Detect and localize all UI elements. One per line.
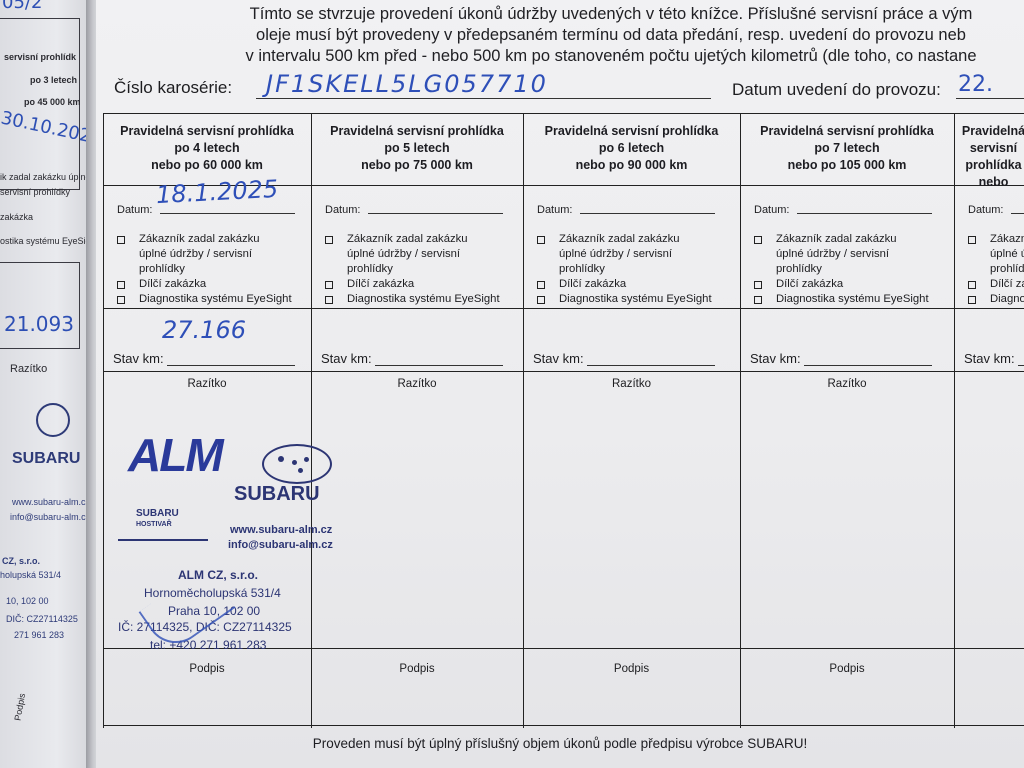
option-label: Dílčí zakázka: [990, 278, 1024, 290]
column-km-limit: nebo po 75 000 km: [311, 157, 523, 174]
checkbox-icon[interactable]: [537, 236, 545, 244]
option-label: Diagnostika systému EyeSight: [139, 293, 292, 305]
column-header: Pravidelná servisní prohlídka po 6 letec…: [523, 123, 740, 174]
checkbox-icon[interactable]: [537, 296, 545, 304]
service-column-2: Pravidelná servisní prohlídka po 5 letec…: [311, 113, 523, 728]
footer-note: Proveden musí být úplný příslušný objem …: [96, 736, 1024, 751]
checkbox-icon[interactable]: [754, 236, 762, 244]
option-partial-order[interactable]: Dílčí zakázka: [117, 277, 292, 292]
checkbox-icon[interactable]: [754, 281, 762, 289]
column-interval: po 6 letech: [523, 140, 740, 157]
left-page-signature-label: Podpis: [12, 693, 27, 722]
stamp-label: Razítko: [740, 378, 954, 390]
option-full-service[interactable]: Zákazník zadal zakázku úplné údržby / se…: [117, 232, 292, 277]
stamp-label: Razítko: [103, 378, 311, 390]
date-label: Datum:: [117, 204, 152, 216]
option-eyesight-diagnostics[interactable]: Diagnostika systému EyeSight: [968, 292, 1024, 307]
column-interval: po 7 letech: [740, 140, 954, 157]
options-list: Zákazník zadal zakázku úplné údržby / se…: [325, 232, 500, 307]
odometer-label: Stav km:: [113, 351, 164, 366]
column-header: Pravidelná servisní prohlídka po 4 letec…: [103, 123, 311, 174]
date-field[interactable]: [160, 213, 295, 214]
odometer-label: Stav km:: [750, 351, 801, 366]
stamp-email: info@subaru-alm.cz: [228, 539, 333, 551]
options-list: Zákazník zadal zakázku úplné údržby / se…: [968, 232, 1024, 307]
column-title: Pravidelná servisní prohlídka: [740, 123, 954, 140]
previous-page: 05/2 servisní prohlídk po 3 letech po 45…: [0, 0, 95, 768]
checkbox-icon[interactable]: [325, 296, 333, 304]
options-list: Zákazník zadal zakázku úplné údržby / se…: [537, 232, 712, 307]
signature-label: Podpis: [523, 663, 740, 675]
date-label: Datum:: [537, 204, 572, 216]
checkbox-icon[interactable]: [968, 236, 976, 244]
column-title: Pravidelná servisní prohlídka: [523, 123, 740, 140]
service-record-page: Tímto se stvrzuje provedení úkonů údržby…: [96, 0, 1024, 768]
option-label: Diagnostika systému EyeSight: [990, 293, 1024, 305]
option-label: Diagnostika systému EyeSight: [776, 293, 929, 305]
option-label: Zákazník zadal zakázku úplné údržby / se…: [347, 232, 497, 277]
column-interval: po 4 letech: [103, 140, 311, 157]
service-column-5: Pravidelná servisní prohlídka nebo Datum…: [954, 113, 1024, 728]
left-page-company: 271 961 283: [14, 630, 64, 640]
option-label: Zákazník zadal zakázku úplné údržby / se…: [776, 232, 926, 277]
option-full-service[interactable]: Zákazník zadal zakázku úplné údržby / se…: [968, 232, 1024, 277]
date-field[interactable]: [368, 213, 503, 214]
left-page-subaru-logo: SUBARU: [12, 450, 80, 468]
option-label: Dílčí zakázka: [347, 278, 414, 290]
option-label: Zákazník zadal zakázku úplné údržby / se…: [990, 232, 1024, 277]
date-in-service-label: Datum uvedení do provozu:: [732, 80, 941, 100]
odometer-label: Stav km:: [533, 351, 584, 366]
option-label: Zákazník zadal zakázku úplné údržby / se…: [139, 232, 289, 277]
left-page-header-line: po 45 000 km: [24, 97, 81, 107]
option-label: Dílčí zakázka: [139, 278, 206, 290]
checkbox-icon[interactable]: [117, 296, 125, 304]
left-page-company: 10, 102 00: [6, 596, 49, 606]
option-partial-order[interactable]: Dílčí zakázka: [754, 277, 929, 292]
left-page-handwritten-top: 05/2: [2, 0, 42, 13]
intro-line: v intervalu 500 km před - nebo 500 km po…: [196, 46, 1024, 67]
vin-handwritten[interactable]: JF1SKELL5LG057710: [266, 70, 548, 98]
option-label: Dílčí zakázka: [559, 278, 626, 290]
alm-logo: ALM: [128, 428, 222, 482]
option-full-service[interactable]: Zákazník zadal zakázku úplné údržby / se…: [325, 232, 500, 277]
option-label: Zákazník zadal zakázku úplné údržby / se…: [559, 232, 709, 277]
column-title: Pravidelná servisní prohlídka: [103, 123, 311, 140]
odometer-label: Stav km:: [964, 351, 1015, 366]
signature-label: Podpis: [103, 663, 311, 675]
column-header: Pravidelná servisní prohlídka po 7 letec…: [740, 123, 954, 174]
odometer-field[interactable]: [1018, 365, 1024, 366]
date-field[interactable]: [797, 213, 932, 214]
left-page-header-line: po 3 letech: [30, 75, 77, 85]
odometer-field[interactable]: [587, 365, 715, 366]
column-title: Pravidelná servisní prohlídka: [311, 123, 523, 140]
date-in-service-handwritten[interactable]: 22.: [958, 72, 993, 97]
left-page-option: servisní prohlídky: [0, 187, 70, 197]
stamp-label: Razítko: [523, 378, 740, 390]
checkbox-icon[interactable]: [325, 281, 333, 289]
options-list: Zákazník zadal zakázku úplné údržby / se…: [754, 232, 929, 307]
column-interval: po 5 letech: [311, 140, 523, 157]
column-title: Pravidelná servisní prohlídka: [954, 123, 1024, 174]
option-label: Diagnostika systému EyeSight: [559, 293, 712, 305]
column-km-limit: nebo po 90 000 km: [523, 157, 740, 174]
option-partial-order[interactable]: Dílčí zakázka: [325, 277, 500, 292]
checkbox-icon[interactable]: [537, 281, 545, 289]
column-km-limit: nebo po 60 000 km: [103, 157, 311, 174]
option-eyesight-diagnostics[interactable]: Diagnostika systému EyeSight: [117, 292, 292, 307]
option-eyesight-diagnostics[interactable]: Diagnostika systému EyeSight: [325, 292, 500, 307]
column-km-limit: nebo po 105 000 km: [740, 157, 954, 174]
option-partial-order[interactable]: Dílčí zakázka: [537, 277, 712, 292]
odometer-field[interactable]: [804, 365, 932, 366]
left-page-header-line: servisní prohlídk: [4, 52, 76, 62]
date-label: Datum:: [968, 204, 1003, 216]
alm-subaru-label: SUBARU: [136, 508, 179, 519]
left-page-company: holupská 531/4: [0, 570, 61, 580]
option-full-service[interactable]: Zákazník zadal zakázku úplné údržby / se…: [537, 232, 712, 277]
service-column-3: Pravidelná servisní prohlídka po 6 letec…: [523, 113, 740, 728]
alm-place-label: HOSTIVAŘ: [136, 521, 172, 528]
col1-km-handwritten[interactable]: 27.166: [162, 316, 246, 344]
vin-label: Číslo karosérie:: [114, 78, 232, 98]
checkbox-icon[interactable]: [117, 281, 125, 289]
checkbox-icon[interactable]: [968, 281, 976, 289]
option-label: Dílčí zakázka: [776, 278, 843, 290]
column-header: Pravidelná servisní prohlídka po 5 letec…: [311, 123, 523, 174]
stamp-web: www.subaru-alm.cz: [230, 524, 332, 536]
column-km-limit: nebo: [954, 174, 1024, 191]
date-in-service-underline: [956, 98, 1024, 99]
intro-line: oleje musí být provedeny v předepsaném t…: [196, 25, 1024, 46]
left-page-handwritten-km: 21.093: [4, 312, 74, 336]
left-page-option: ostika systému EyeSight: [0, 236, 95, 246]
left-page-company: CZ, s.r.o.: [2, 556, 40, 566]
odometer-field[interactable]: [375, 365, 503, 366]
option-label: Diagnostika systému EyeSight: [347, 293, 500, 305]
stamp-label: Razítko: [311, 378, 523, 390]
odometer-field[interactable]: [167, 365, 295, 366]
options-list: Zákazník zadal zakázku úplné údržby / se…: [117, 232, 292, 307]
left-page-option: zakázka: [0, 212, 33, 222]
subaru-stars-icon: [262, 444, 332, 484]
subaru-logo-icon: [36, 403, 70, 437]
intro-text: Tímto se stvrzuje provedení úkonů údržby…: [196, 4, 1024, 67]
option-partial-order[interactable]: Dílčí zakázka: [968, 277, 1024, 292]
left-page-company: DIČ: CZ27114325: [6, 614, 78, 624]
date-field[interactable]: [580, 213, 715, 214]
date-label: Datum:: [754, 204, 789, 216]
service-column-4: Pravidelná servisní prohlídka po 7 letec…: [740, 113, 954, 728]
intro-line: Tímto se stvrzuje provedení úkonů údržby…: [196, 4, 1024, 25]
column-header: Pravidelná servisní prohlídka nebo: [954, 123, 1024, 191]
subaru-wordmark: SUBARU: [234, 483, 320, 506]
date-field[interactable]: [1011, 213, 1024, 214]
checkbox-icon[interactable]: [117, 236, 125, 244]
service-grid: Pravidelná servisní prohlídka po 4 letec…: [103, 113, 1024, 728]
option-eyesight-diagnostics[interactable]: Diagnostika systému EyeSight: [754, 292, 929, 307]
left-page-email: info@subaru-alm.cz: [10, 512, 90, 522]
signature-label: Podpis: [740, 663, 954, 675]
checkbox-icon[interactable]: [968, 296, 976, 304]
checkbox-icon[interactable]: [325, 236, 333, 244]
left-page-stamp-label: Razítko: [10, 363, 47, 375]
vin-underline: [256, 98, 711, 99]
odometer-label: Stav km:: [321, 351, 372, 366]
stamp-divider: [118, 539, 208, 541]
checkbox-icon[interactable]: [754, 296, 762, 304]
date-label: Datum:: [325, 204, 360, 216]
signature-label: Podpis: [311, 663, 523, 675]
option-eyesight-diagnostics[interactable]: Diagnostika systému EyeSight: [537, 292, 712, 307]
left-page-option: ik zadal zakázku úplné: [0, 172, 91, 182]
left-page-web: www.subaru-alm.cz: [12, 497, 90, 507]
option-full-service[interactable]: Zákazník zadal zakázku úplné údržby / se…: [754, 232, 929, 277]
